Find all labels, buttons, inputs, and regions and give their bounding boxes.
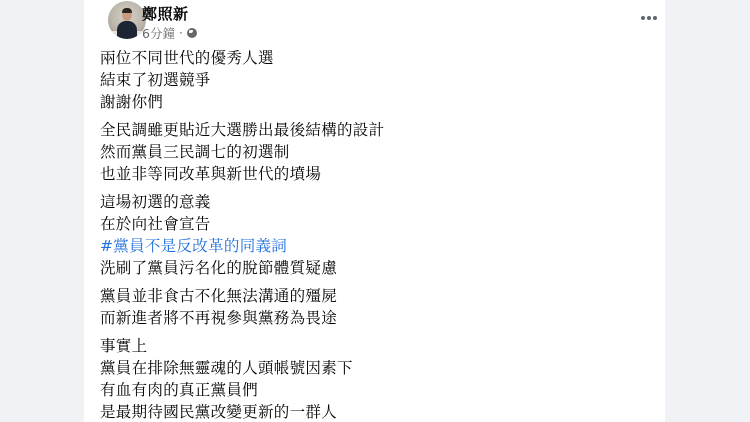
more-options-icon xyxy=(647,16,651,20)
post-line: 黨員在排除無靈魂的人頭帳號因素下 xyxy=(100,357,650,379)
author-name[interactable]: 鄭照新 xyxy=(142,3,189,24)
post-line: 也並非等同改革與新世代的墳場 xyxy=(100,163,650,185)
more-options-icon xyxy=(653,16,657,20)
post-line: 事實上 xyxy=(100,335,650,357)
post-header: 鄭照新 6分鐘 · xyxy=(96,0,656,42)
paragraph-1: 兩位不同世代的優秀人選 結束了初選競爭 謝謝你們 xyxy=(100,47,650,113)
post-line: 這場初選的意義 xyxy=(100,191,650,213)
paragraph-2: 全民調雖更貼近大選勝出最後結構的設計 然而黨員三民調七的初選制 也並非等同改革與… xyxy=(100,119,650,185)
post-line: 有血有肉的真正黨員們 xyxy=(100,379,650,401)
paragraph-5: 事實上 黨員在排除無靈魂的人頭帳號因素下 有血有肉的真正黨員們 是最期待國民黨改… xyxy=(100,335,650,422)
post-line: 謝謝你們 xyxy=(100,91,650,113)
post-line: 洗刷了黨員污名化的脫節體質疑慮 xyxy=(100,257,650,279)
post-card: 鄭照新 6分鐘 · 兩位不同世代的優秀人選 結束了初選競爭 謝謝你們 全民調雖更… xyxy=(84,0,665,422)
more-options-icon xyxy=(641,16,645,20)
meta-separator: · xyxy=(179,26,183,40)
post-line: 而新進者將不再視參與黨務為畏途 xyxy=(100,307,650,329)
post-line: 全民調雖更貼近大選勝出最後結構的設計 xyxy=(100,119,650,141)
post-line: 結束了初選競爭 xyxy=(100,69,650,91)
post-line: 然而黨員三民調七的初選制 xyxy=(100,141,650,163)
paragraph-3: 這場初選的意義 在於向社會宣告 #黨員不是反改革的同義詞 洗刷了黨員污名化的脫節… xyxy=(100,191,650,279)
paragraph-4: 黨員並非食古不化無法溝通的殭屍 而新進者將不再視參與黨務為畏途 xyxy=(100,285,650,329)
post-content: 兩位不同世代的優秀人選 結束了初選競爭 謝謝你們 全民調雖更貼近大選勝出最後結構… xyxy=(100,47,650,422)
post-timestamp[interactable]: 6分鐘 xyxy=(142,24,175,42)
avatar-person-body xyxy=(117,21,137,39)
avatar-person-hair xyxy=(122,8,132,13)
globe-icon[interactable] xyxy=(187,28,197,38)
avatar[interactable] xyxy=(108,1,146,39)
more-options-button[interactable] xyxy=(637,8,661,28)
post-line: 在於向社會宣告 xyxy=(100,213,650,235)
post-line: 兩位不同世代的優秀人選 xyxy=(100,47,650,69)
post-line: 黨員並非食古不化無法溝通的殭屍 xyxy=(100,285,650,307)
hashtag-link[interactable]: #黨員不是反改革的同義詞 xyxy=(100,235,650,257)
post-meta: 6分鐘 · xyxy=(142,24,197,42)
post-line: 是最期待國民黨改變更新的一群人 xyxy=(100,401,650,422)
